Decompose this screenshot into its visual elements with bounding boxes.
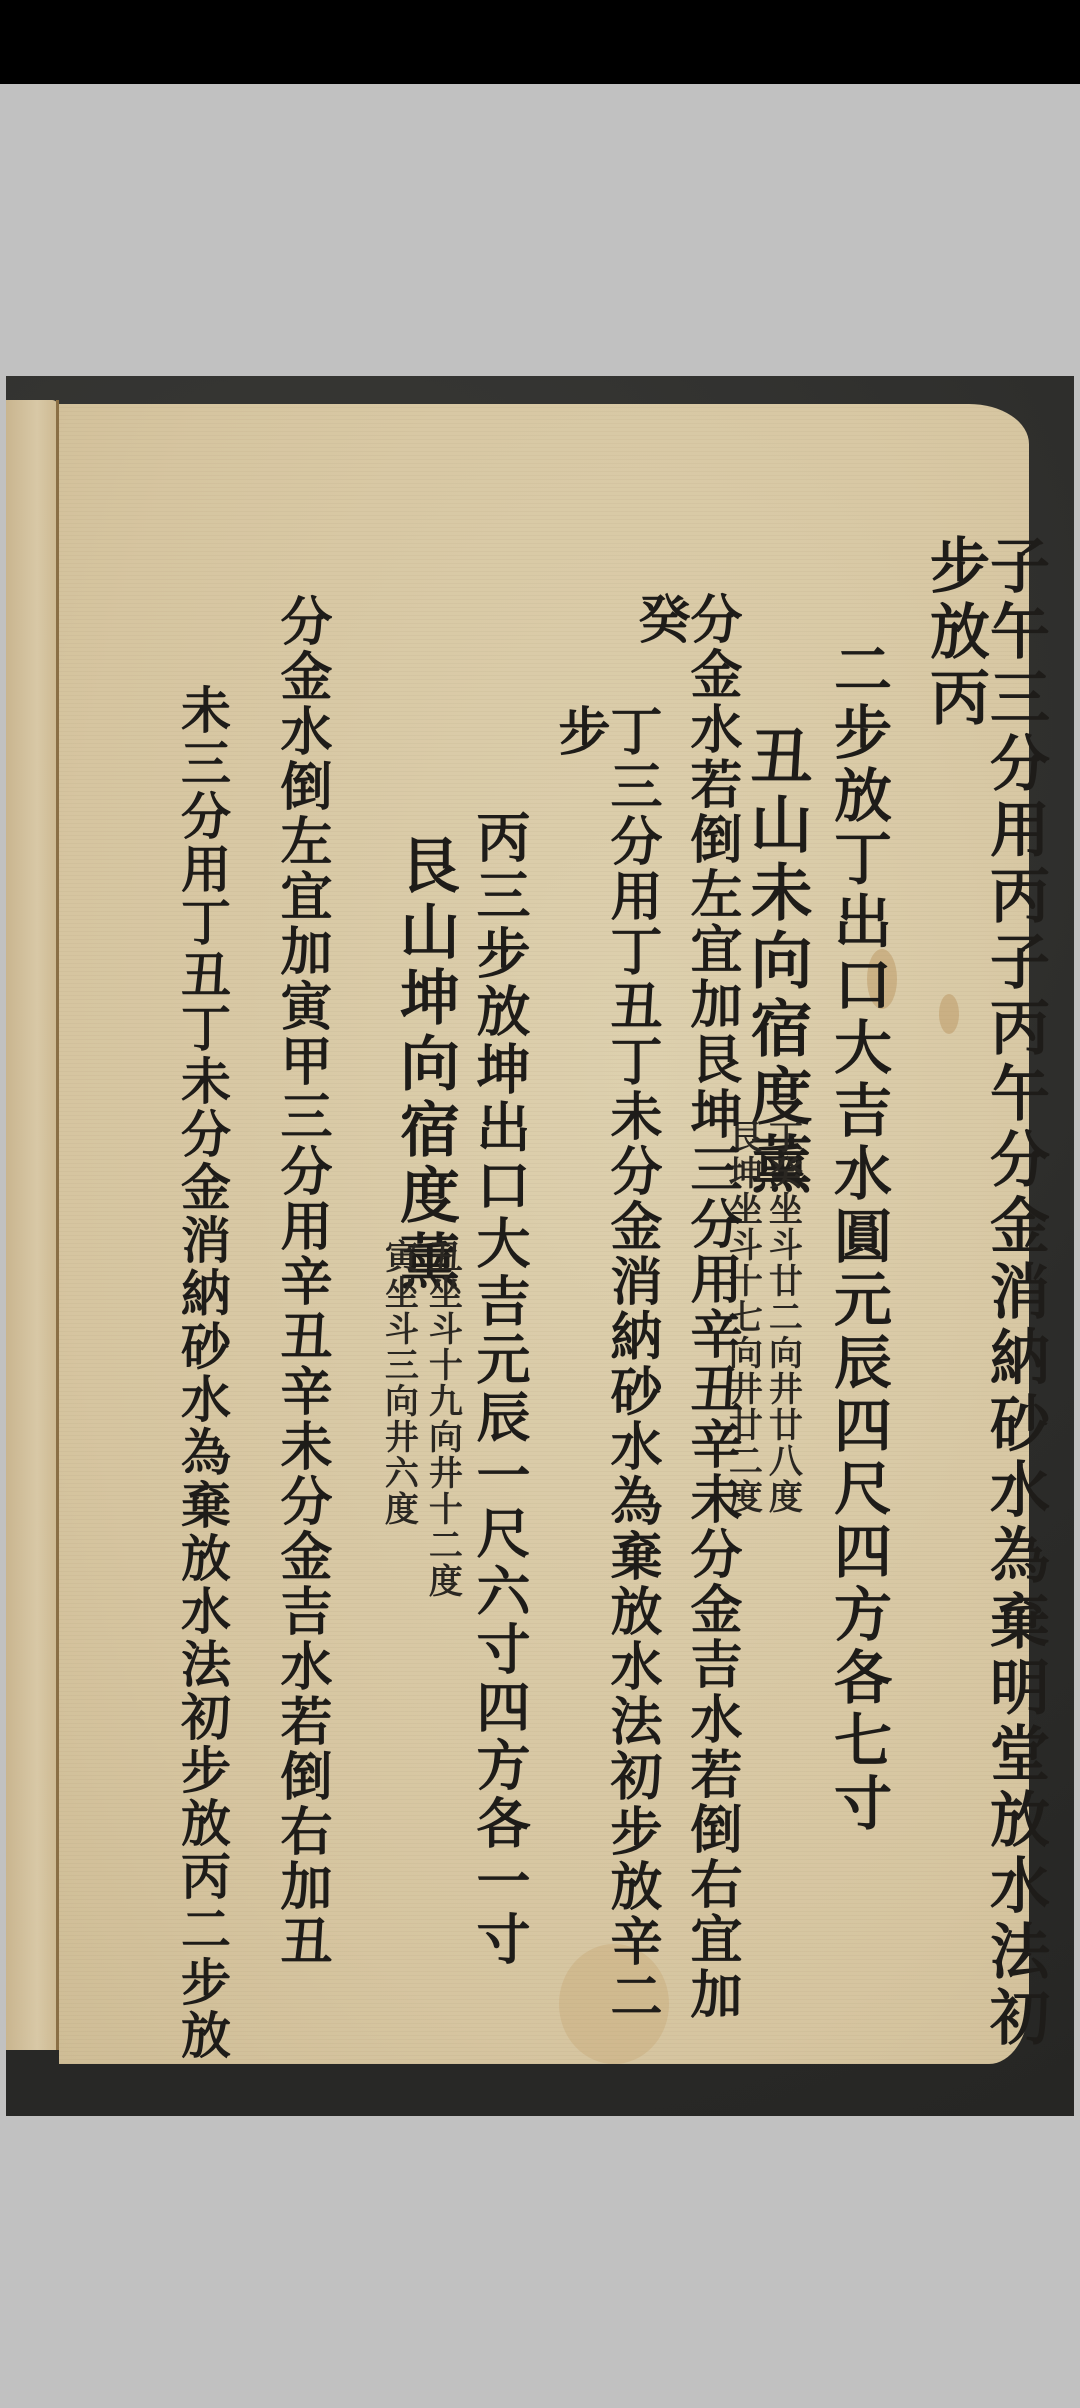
text-column-8: 分金水倒左宜加寅甲三分用辛丑辛未分金吉水若倒右加丑 — [275, 594, 327, 1969]
text-column-1: 子午三分用丙子丙午分金消納砂水為棄明堂放水法初步放丙 — [925, 534, 1045, 2064]
annotation-7b: 寅坐斗三向井六度 — [379, 1239, 416, 1527]
previous-page-edge — [6, 400, 58, 2050]
text-column-7-heading: 艮山坤向宿度薰 — [395, 834, 455, 1296]
manuscript-page: 子午三分用丙子丙午分金消納砂水為棄明堂放水法初步放丙 二步放丁出口大吉水圓元辰四… — [59, 404, 1029, 2064]
text-column-2: 二步放丁出口大吉水圓元辰四尺四方各七寸 — [829, 639, 887, 1836]
status-bar — [0, 0, 1080, 84]
manuscript-photo[interactable]: 子午三分用丙子丙午分金消納砂水為棄明堂放水法初步放丙 二步放丁出口大吉水圓元辰四… — [6, 376, 1074, 2116]
text-column-9: 未三分用丁丑丁未分金消納砂水為棄放水法初步放丙二步放 — [177, 684, 227, 2062]
text-column-6: 丙三步放坤出口大吉元辰一尺六寸四方各一寸 — [473, 809, 527, 1969]
annotation-3a: 丁癸坐斗廿二向井廿八度 — [763, 1119, 800, 1515]
text-column-5: 丁三分用丁丑丁未分金消納砂水為棄放水法初步放辛二步 — [553, 704, 657, 2064]
annotation-7a: 丑坐斗十九向井十二度 — [423, 1239, 460, 1599]
